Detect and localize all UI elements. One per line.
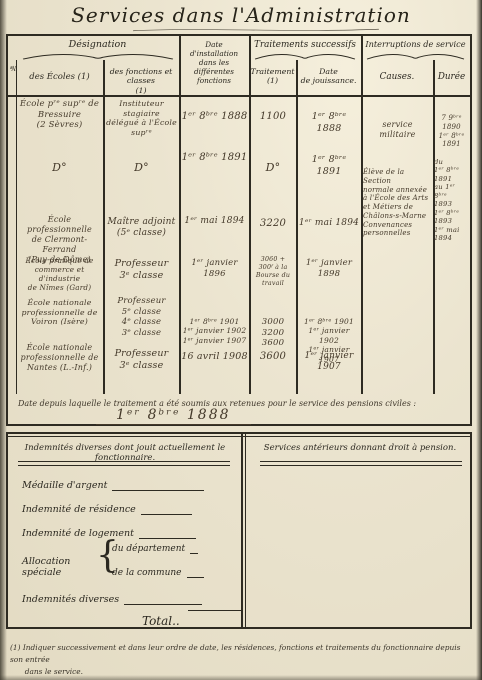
scanned-form-page: Services dans l'Administration Désignati… (0, 0, 482, 680)
cell-ecole: École pʳᵉ supʳᵉ de Bressuire (2 Sèvres) (17, 99, 102, 131)
cell-fonction: Instituteur stagiaire délégué à l'École … (105, 99, 178, 138)
double-border-line (8, 436, 470, 437)
cell-traitement: D° (251, 161, 295, 175)
cell-duree: du 1ᵉʳ 8ᵇʳᵉ 1891 au 1ᵉʳ 8ᵇʳᵉ 1893 1ᵉʳ 8ᵇ… (434, 158, 469, 243)
cell-duree: 7 9ᵇʳᵉ 1890 1ᵉʳ 8ᵇʳᵉ 1891 (434, 114, 469, 149)
col-header-fonctions: des fonctions et classes (1) (103, 67, 179, 95)
cell-ecole: École nationale professionnelle de Nante… (17, 343, 102, 373)
cell-traitement: 3000 3200 3600 (251, 317, 295, 349)
indemnites-services-box: Indemnités diverses dont jouit actuellem… (6, 432, 472, 629)
item-allocation-label: Allocation spéciale (22, 556, 98, 578)
brace-interruptions (365, 51, 466, 60)
brace-designation (20, 51, 176, 60)
cell-fonction: D° (105, 161, 178, 175)
services-anterieurs-rule (260, 461, 462, 466)
cell-cause: service militaire (363, 120, 432, 140)
cell-jouissance: 1ᵉʳ mai 1894 (298, 218, 360, 229)
col-header-jouissance: Date de jouissance. (296, 67, 361, 86)
cell-installation: 1ᵉʳ 8ᵇʳᵉ 1901 1ᵉʳ janvier 1902 1ᵉʳ janvi… (181, 317, 248, 345)
cell-jouissance: 1ᵉʳ janvier 1898 (298, 258, 360, 279)
header-designation: Désignation (16, 39, 179, 50)
blank-line (124, 601, 202, 605)
cell-fonction: Maître adjoint (5ᵉ classe) (105, 217, 178, 240)
col-header-causes: Causes. (361, 72, 433, 83)
cell-traitement: 1100 (251, 111, 295, 124)
cell-installation: 1ᵉʳ janvier 1896 (181, 258, 248, 279)
col-header-traitement: Traitement (1) (249, 67, 296, 86)
pensions-note-value: 1ᵉʳ 8ᵇʳᵉ 1888 (96, 407, 251, 425)
blank-line (190, 550, 198, 554)
blank-line (141, 511, 192, 515)
cell-fonction: Professeur 5ᵉ classe 4ᵉ classe 3ᵉ classe (105, 296, 178, 339)
blank-line (187, 574, 205, 578)
footnote: (1) Indiquer successivement et dans leur… (10, 642, 472, 678)
brace-traitements (253, 51, 357, 60)
item-medaille: Médaille d'argent (22, 480, 204, 491)
cell-traitement: 3220 (251, 218, 295, 231)
cell-installation: 16 avril 1908 (181, 351, 248, 363)
cell-fonction: Professeur 3ᵉ classe (105, 348, 178, 372)
item-diverses: Indemnités diverses (22, 594, 202, 605)
blank-line (112, 487, 204, 491)
header-installation: Date d'installation dans les différentes… (179, 40, 249, 86)
item-departement: du département (112, 544, 198, 554)
item-commune-label: de la commune (112, 568, 182, 578)
cell-installation: 1ᵉʳ 8ᵇʳᵉ 1891 (181, 152, 248, 165)
item-residence-label: Indemnité de résidence (22, 504, 136, 515)
item-allocation: Allocation spéciale (22, 556, 98, 578)
grid-hline-header (8, 95, 470, 97)
cell-jouissance: 1ᵉʳ 8ᵇʳᵉ 1888 (298, 111, 360, 135)
header-traitements: Traitements successifs (249, 40, 361, 51)
cell-cause: Élève de la Section normale annexée à l'… (363, 168, 432, 238)
item-commune: de la commune (112, 568, 204, 578)
col-header-ecoles: des Écoles (1) (16, 72, 103, 82)
indemnites-title: Indemnités diverses dont jouit actuellem… (16, 443, 234, 463)
services-table: Désignation Date d'installation dans les… (6, 34, 472, 426)
title-flourish (128, 26, 384, 34)
item-diverses-label: Indemnités diverses (22, 594, 119, 605)
cell-ecole: École pratique de commerce et d'industri… (17, 256, 102, 292)
header-interruptions: Interruptions de service (361, 40, 470, 50)
total-line (188, 610, 242, 611)
cell-ecole: D° (17, 161, 102, 175)
cell-installation: 1ᵉʳ mai 1894 (181, 216, 248, 227)
cell-traitement: 3600 (251, 351, 295, 364)
cell-jouissance: 1ᵉʳ janvier 1907 (298, 351, 360, 374)
scan-edge-right (476, 0, 482, 680)
cell-fonction: Professeur 3ᵉ classe (105, 258, 178, 282)
col-header-duree: Durée (433, 72, 470, 83)
total-label: Total.. (142, 614, 180, 628)
pane-divider (241, 434, 243, 627)
item-residence: Indemnité de résidence (22, 504, 192, 515)
cell-ecole: École nationale professionnelle de Voiro… (17, 298, 102, 327)
cell-traitement: 3060 + 300ᶠ à la Bourse du travail (251, 256, 295, 287)
pane-divider (245, 434, 247, 627)
blank-line (139, 535, 196, 539)
item-departement-label: du département (112, 544, 185, 554)
indemnites-title-rule (18, 461, 230, 466)
services-anterieurs-title: Services antérieurs donnant droit à pens… (254, 443, 466, 453)
cell-jouissance: 1ᵉʳ 8ᵇʳᵉ 1891 (298, 154, 360, 178)
page-title: Services dans l'Administration (0, 3, 482, 27)
item-medaille-label: Médaille d'argent (22, 480, 107, 491)
cell-installation: 1ᵉʳ 8ᵇʳᵉ 1888 (181, 111, 248, 124)
